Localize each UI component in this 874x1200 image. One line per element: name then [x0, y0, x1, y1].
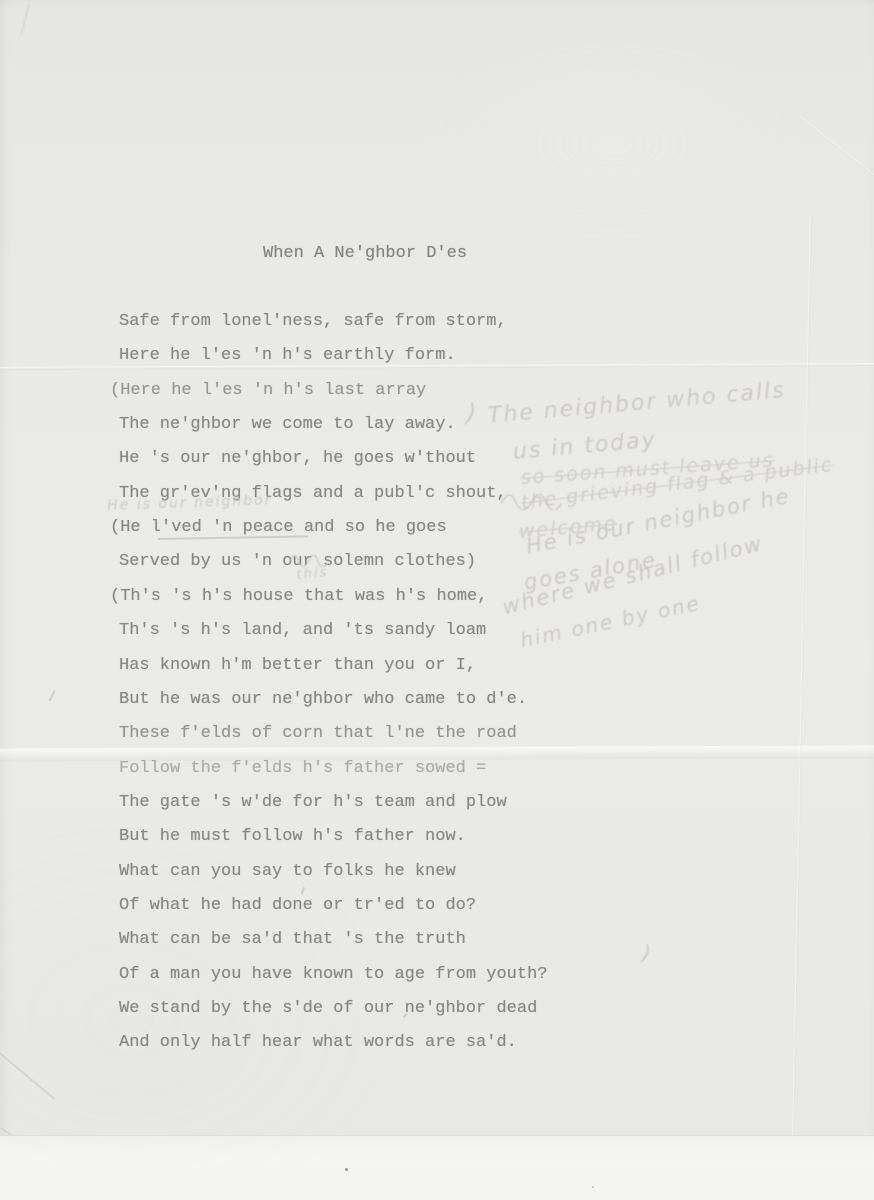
poem-line: Th's 's h's land, and 'ts sandy loam — [119, 621, 486, 641]
diagonal-crease-top-right — [799, 116, 874, 185]
poem-line: What can be sa'd that 's the truth — [119, 930, 466, 950]
pencil-inline-note: ) — [465, 398, 480, 428]
mark-top-left-corner — [20, 4, 30, 36]
poem-line: He 's our ne'ghbor, he goes w'thout — [119, 449, 476, 469]
poem-line: What can you say to folks he knew — [119, 862, 456, 882]
pencil-scribble — [500, 494, 572, 510]
vertical-crease-right — [792, 215, 812, 1140]
pencil-margin-note-line: The neighbor who calls — [487, 378, 787, 429]
poem-line: These f'elds of corn that l'ne the road — [119, 724, 517, 744]
poem-line: Of what he had done or tr'ed to do? — [119, 896, 476, 916]
crease-bottom-left-1 — [0, 1053, 54, 1100]
pencil-tick-mark — [48, 690, 55, 701]
poem-line: Safe from lonel'ness, safe from storm, — [119, 312, 507, 332]
pencil-tick-mark — [301, 887, 304, 894]
scanner-background-strip — [0, 1135, 874, 1200]
poem-line: Has known h'm better than you or I, — [119, 656, 476, 676]
scanned-page: When A Ne'ghbor D'es Safe from lonel'nes… — [0, 0, 874, 1200]
poem-line: Here he l'es 'n h's earthly form. — [119, 346, 456, 366]
poem-line: (Here he l'es 'n h's last array — [110, 381, 426, 401]
poem-line: But he was our ne'ghbor who came to d'e. — [119, 690, 527, 710]
poem-line: We stand by the s'de of our ne'ghbor dea… — [119, 999, 537, 1019]
poem-line: (Th's 's h's house that was h's home, — [110, 587, 487, 607]
pencil-inline-note: this — [296, 565, 329, 583]
poem-line: And only half hear what words are sa'd. — [119, 1033, 517, 1053]
dust-speck — [592, 1186, 594, 1188]
poem-title: When A Ne'ghbor D'es — [263, 244, 467, 263]
poem-line: Of a man you have known to age from yout… — [119, 965, 547, 985]
poem-line: The ne'ghbor we come to lay away. — [119, 415, 456, 435]
poem-line: But he must follow h's father now. — [119, 827, 466, 847]
poem-line: Follow the f'elds h's father sowed = — [119, 759, 486, 779]
pencil-inline-note: ) — [641, 941, 654, 966]
pencil-scribble — [288, 555, 334, 567]
poem-line: The gate 's w'de for h's team and plow — [119, 793, 507, 813]
dust-speck — [345, 1168, 348, 1171]
